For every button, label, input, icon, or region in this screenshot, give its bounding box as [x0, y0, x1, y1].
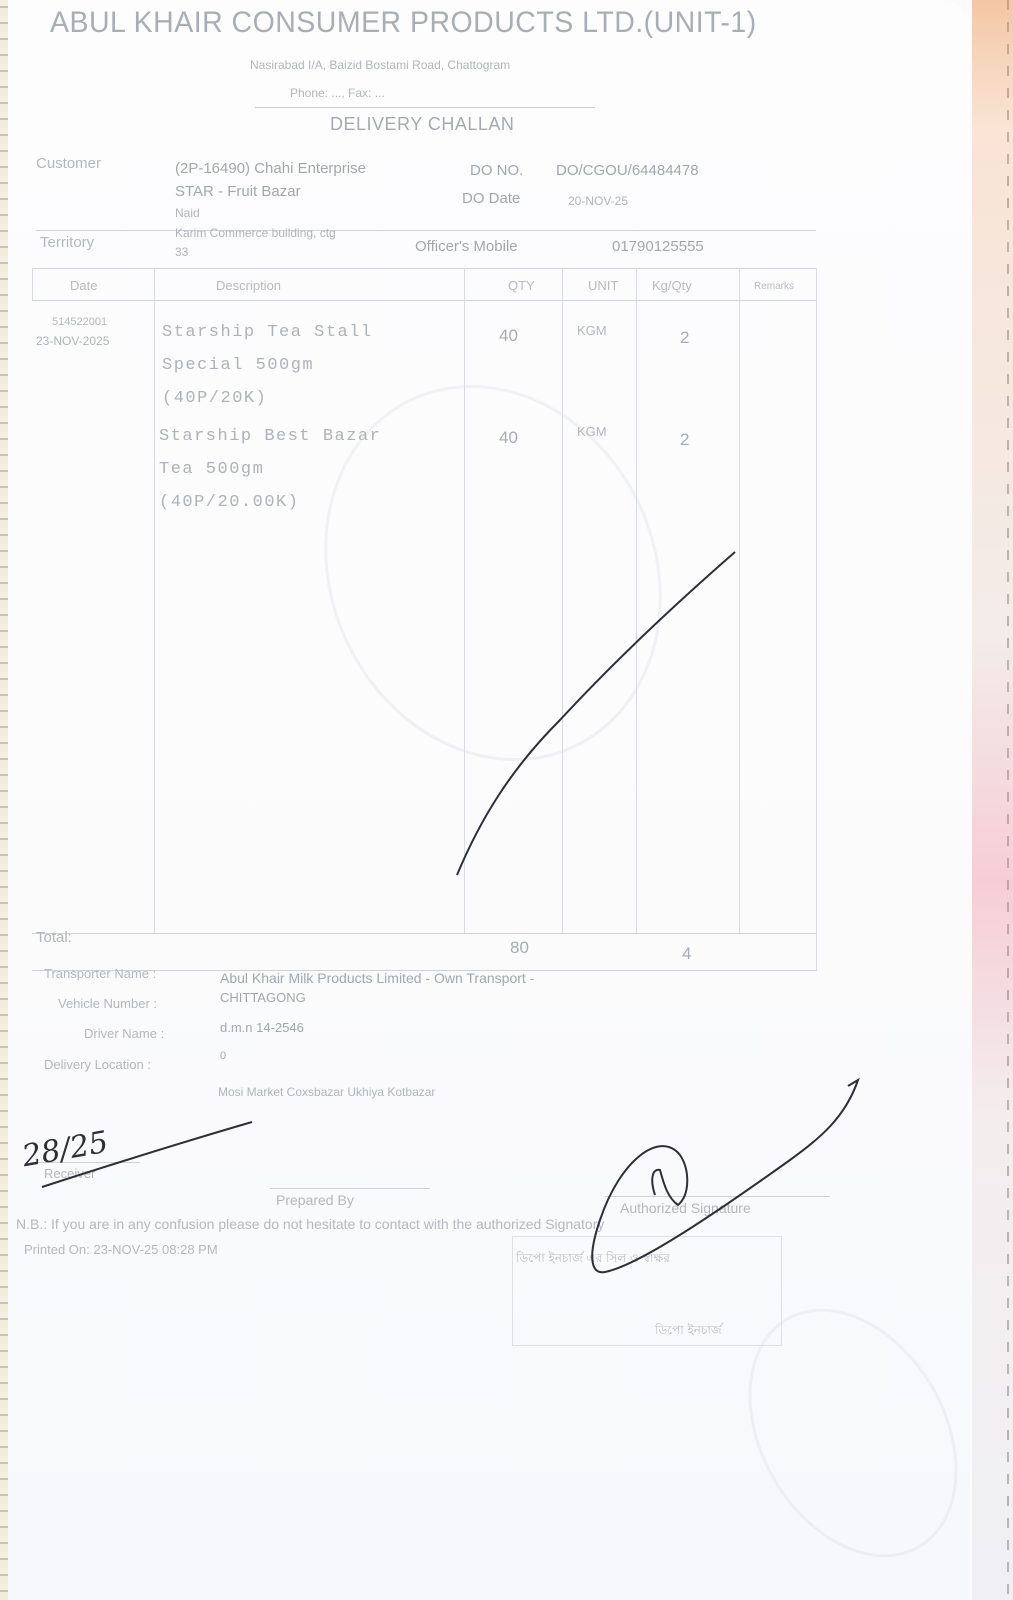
- column-header-kg-qty: Kg/Qty: [652, 278, 692, 293]
- description-line: Special 500gm: [162, 349, 373, 382]
- table-row-1-description: Starship Tea Stall Special 500gm (40P/20…: [162, 316, 373, 415]
- table-row-2-qty: 40: [499, 428, 518, 448]
- transporter-value: Abul Khair Milk Products Limited - Own T…: [220, 970, 534, 986]
- territory-value-line-2: 33: [175, 245, 188, 259]
- column-header-qty: QTY: [508, 278, 535, 293]
- prepared-by-label: Prepared By: [276, 1192, 354, 1208]
- total-qty: 80: [510, 938, 529, 958]
- customer-address-line-2: Naid: [175, 206, 200, 220]
- total-kg: 4: [682, 944, 691, 964]
- column-divider: [562, 268, 563, 933]
- territory-value: Karim Commerce building, ctg: [175, 226, 336, 240]
- description-line: Starship Best Bazar: [159, 420, 381, 453]
- table-row-1-kg-qty: 2: [680, 328, 689, 348]
- printed-on: Printed On: 23-NOV-25 08:28 PM: [24, 1242, 218, 1257]
- description-line: (40P/20.00K): [159, 486, 381, 519]
- column-header-remarks: Remarks: [754, 281, 794, 292]
- table-row-1-qty: 40: [499, 326, 518, 346]
- table-header-rule: [32, 300, 817, 301]
- customer-name: (2P-16490) Chahi Enterprise: [175, 160, 366, 177]
- driver-label: Driver Name :: [84, 1026, 164, 1041]
- do-number-value: DO/CGOU/64484478: [556, 162, 699, 179]
- delivery-location-value: 0: [220, 1050, 226, 1062]
- customer-address: STAR - Fruit Bazar: [175, 183, 301, 200]
- paper-right-edge: [1007, 0, 1009, 1600]
- footer-note: N.B.: If you are in any confusion please…: [16, 1216, 604, 1232]
- territory-rule: [36, 230, 816, 231]
- challan-number: 514522001: [52, 316, 107, 328]
- do-date-value: 20-NOV-25: [568, 194, 628, 208]
- table-row-2-description: Starship Best Bazar Tea 500gm (40P/20.00…: [159, 420, 381, 519]
- do-date-label: DO Date: [462, 190, 520, 207]
- vehicle-value: CHITTAGONG: [220, 990, 306, 1005]
- territory-label: Territory: [40, 234, 94, 251]
- table-row-2-unit: KGM: [577, 424, 607, 439]
- table-border: [816, 268, 817, 970]
- description-line: (40P/20K): [162, 382, 373, 415]
- column-divider: [154, 268, 155, 933]
- column-header-unit: UNIT: [588, 278, 618, 293]
- total-label: Total:: [36, 929, 72, 946]
- transporter-label: Transporter Name :: [44, 966, 156, 981]
- column-divider: [636, 268, 637, 933]
- column-divider: [464, 268, 465, 933]
- table-total-rule: [32, 933, 817, 934]
- column-header-date: Date: [70, 278, 97, 293]
- officer-mobile-label: Officer's Mobile: [415, 238, 518, 255]
- title-divider: [255, 107, 595, 108]
- delivery-location-label: Delivery Location :: [44, 1057, 151, 1072]
- description-line: Tea 500gm: [159, 453, 381, 486]
- items-table: Date Description QTY UNIT Kg/Qty Remarks…: [32, 268, 817, 968]
- do-number-label: DO NO.: [470, 162, 523, 179]
- driver-value: d.m.n 14-2546: [220, 1020, 304, 1035]
- column-divider: [739, 268, 740, 933]
- stamp-box-footer: ডিপো ইনচার্জ: [655, 1322, 722, 1342]
- description-line: Starship Tea Stall: [162, 316, 373, 349]
- challan-date: 23-NOV-2025: [36, 334, 109, 348]
- authorized-signature-label: Authorized Signature: [620, 1200, 751, 1216]
- company-address: Nasirabad I/A, Baizid Bostami Road, Chat…: [250, 58, 510, 72]
- document-title: DELIVERY CHALLAN: [330, 114, 514, 135]
- table-border: [32, 268, 33, 300]
- vehicle-label: Vehicle Number :: [58, 996, 157, 1011]
- prepared-by-rule: [270, 1188, 430, 1189]
- table-row-2-kg-qty: 2: [680, 430, 689, 450]
- table-top-rule: [32, 268, 817, 269]
- stamp-box-caption: ডিপো ইনচার্জ এর সিল ও স্বাক্ষর: [516, 1250, 670, 1270]
- company-contact: Phone: ..., Fax: ...: [290, 86, 385, 100]
- authorized-rule: [605, 1196, 830, 1197]
- table-row-1-unit: KGM: [577, 323, 607, 338]
- customer-label: Customer: [36, 155, 101, 172]
- delivery-location-address: Mosi Market Coxsbazar Ukhiya Kotbazar: [218, 1085, 435, 1099]
- column-header-description: Description: [216, 278, 281, 293]
- officer-mobile-value: 01790125555: [612, 238, 704, 255]
- company-name: ABUL KHAIR CONSUMER PRODUCTS LTD.(UNIT-1…: [50, 6, 757, 40]
